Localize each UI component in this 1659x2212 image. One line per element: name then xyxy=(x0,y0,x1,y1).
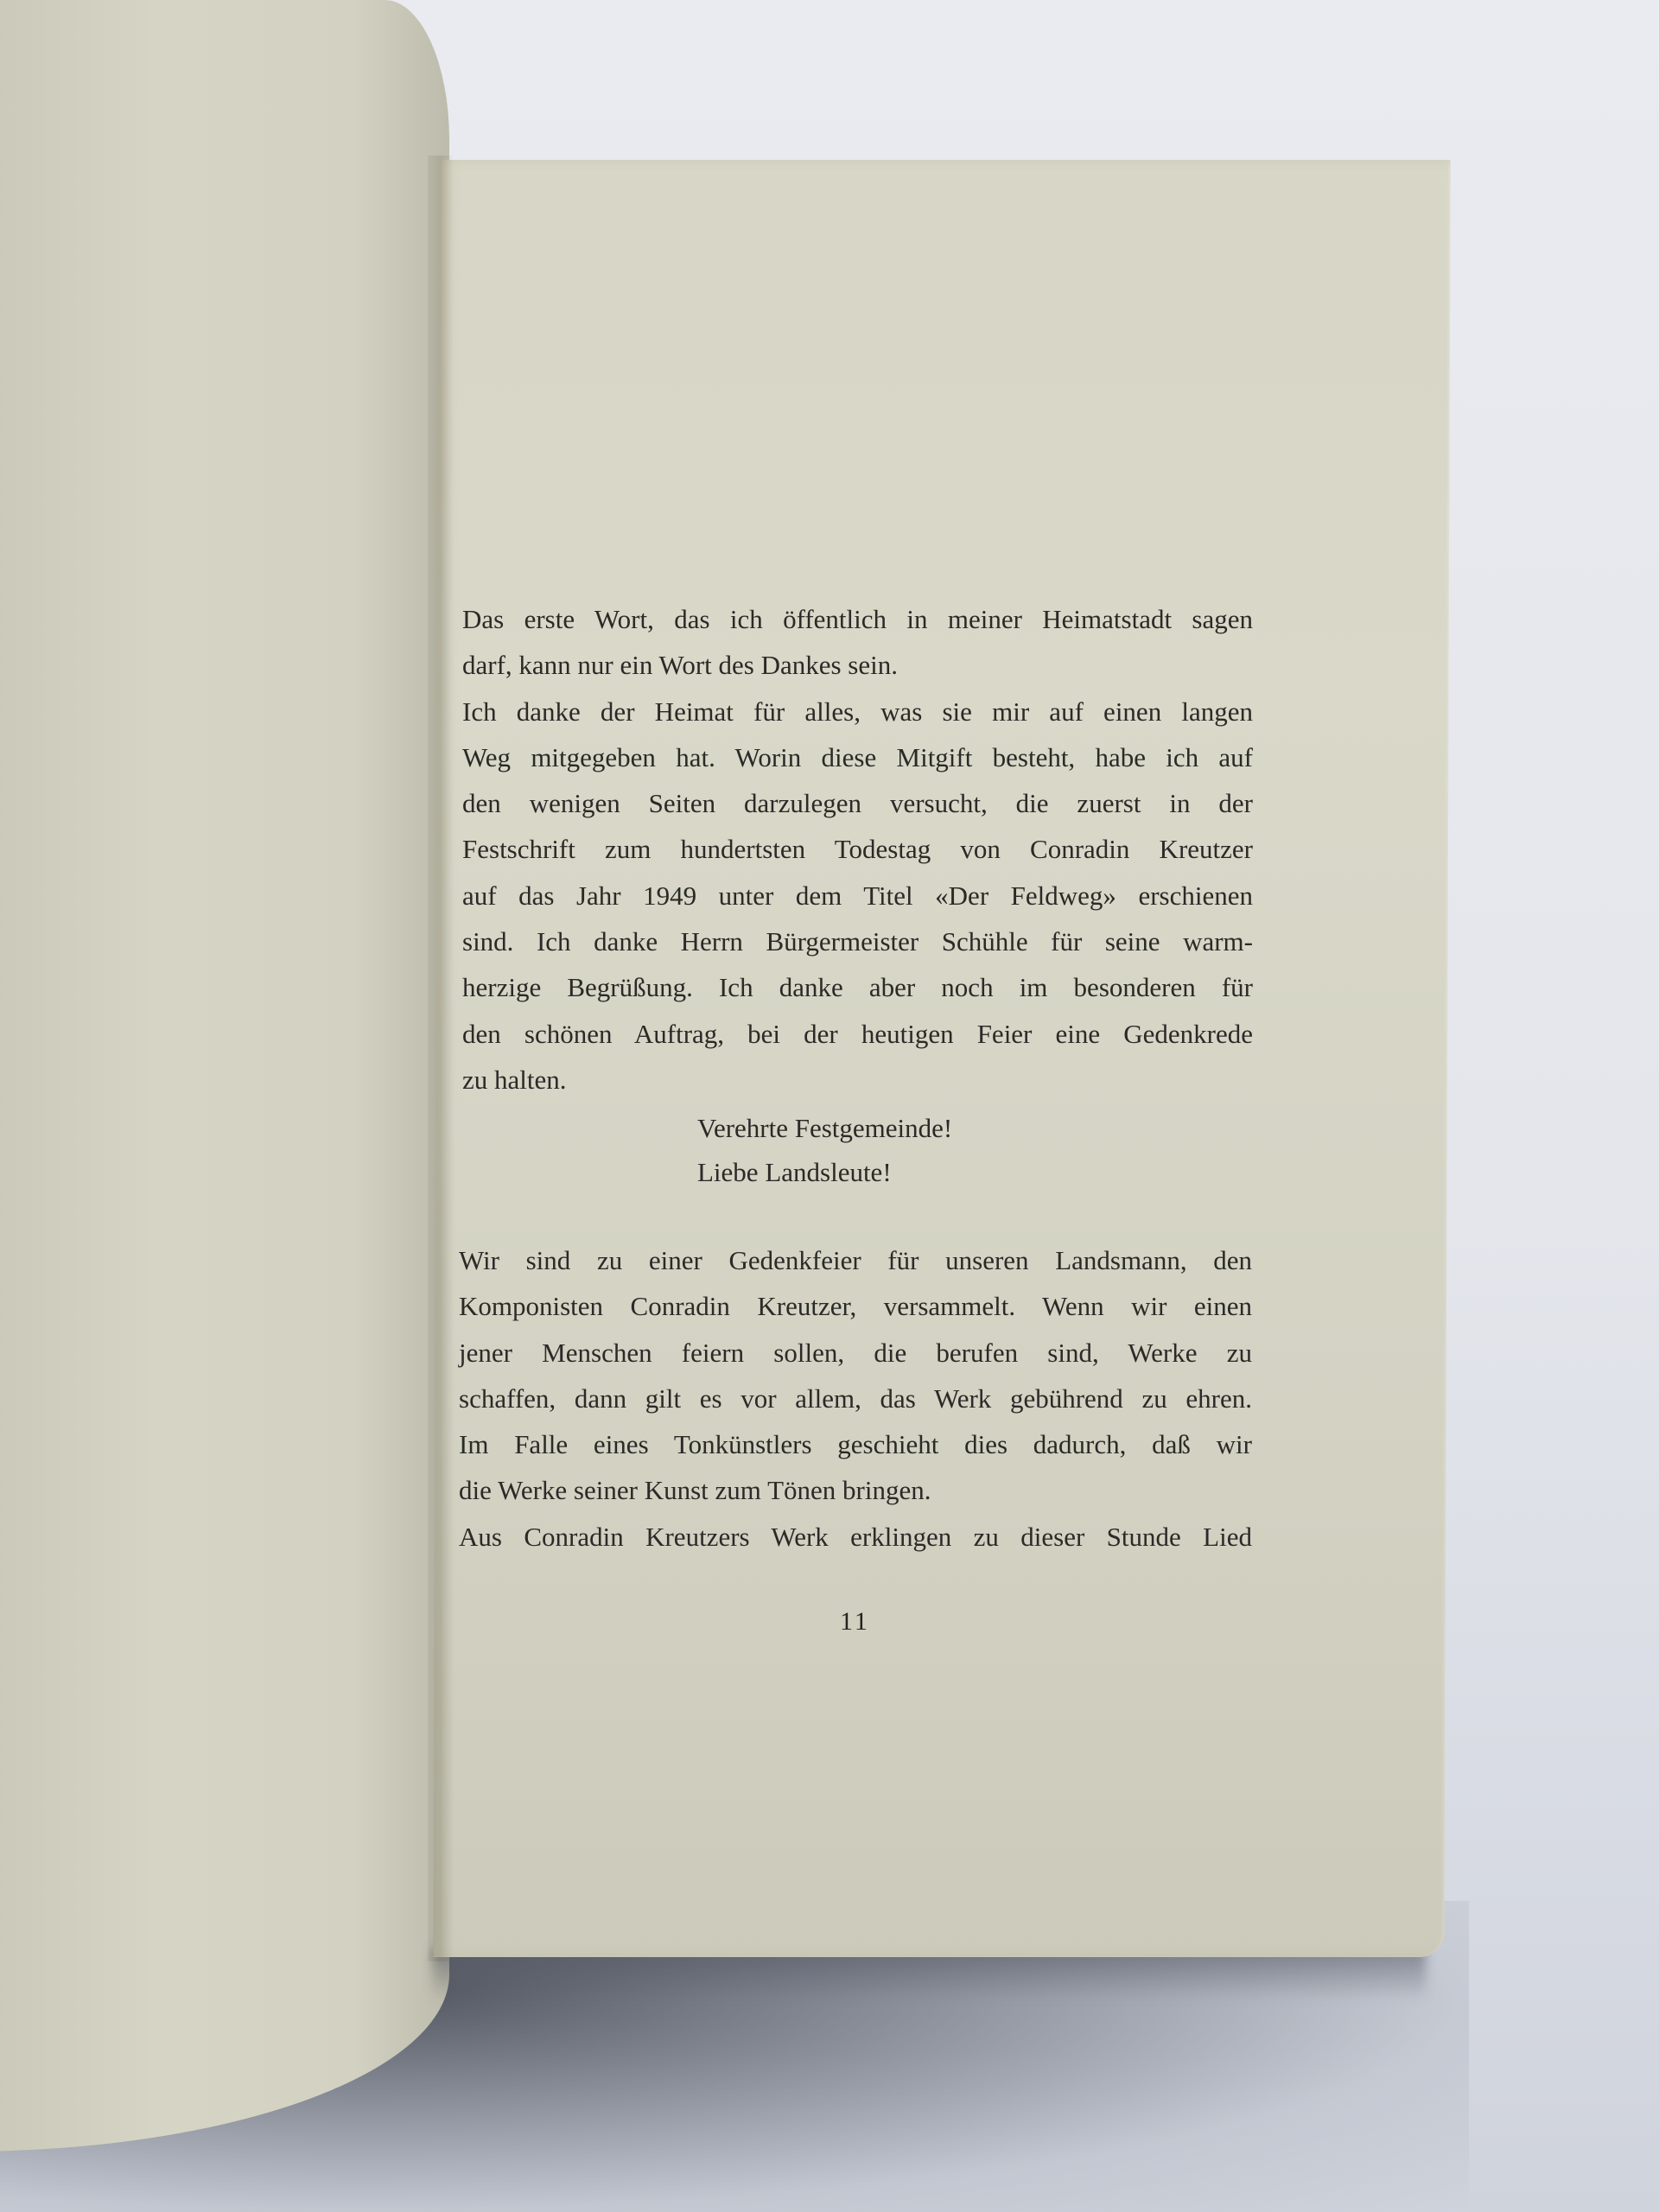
text-line: zu halten. xyxy=(462,1057,1253,1103)
text-line: die Werke seiner Kunst zum Tönen bringen… xyxy=(459,1467,1252,1513)
paragraph-opening: Das erste Wort, das ich öffentlich in me… xyxy=(462,596,1253,689)
paragraph-continuation: Aus Conradin Kreutzers Werk erklingen zu… xyxy=(459,1514,1252,1560)
page-number: 11 xyxy=(840,1607,870,1637)
paragraph-thanks: Ich danke der Heimat für alles, was sie … xyxy=(462,689,1253,1103)
text-line: Im Falle eines Tonkünstlers geschieht di… xyxy=(459,1421,1252,1467)
text-line: sind. Ich danke Herrn Bürgermeister Schü… xyxy=(462,918,1253,964)
text-line: schaffen, dann gilt es vor allem, das We… xyxy=(459,1376,1252,1421)
text-line: auf das Jahr 1949 unter dem Titel «Der F… xyxy=(462,873,1253,918)
salutation-line: Verehrte Festgemeinde! xyxy=(697,1106,952,1150)
paragraph-gathering: Wir sind zu einer Gedenkfeier für unsere… xyxy=(459,1237,1252,1514)
text-line: darf, kann nur ein Wort des Dankes sein. xyxy=(462,642,1253,688)
text-line: den schönen Auftrag, bei der heutigen Fe… xyxy=(462,1011,1253,1057)
text-line: Festschrift zum hundertsten Todestag von… xyxy=(462,826,1253,872)
text-line: Komponisten Conradin Kreutzer, versammel… xyxy=(459,1283,1252,1329)
body-text-top: Das erste Wort, das ich öffentlich in me… xyxy=(462,596,1253,1103)
salutation: Verehrte Festgemeinde! Liebe Landsleute! xyxy=(697,1106,952,1194)
text-line: jener Menschen feiern sollen, die berufe… xyxy=(459,1330,1252,1376)
text-line: Wir sind zu einer Gedenkfeier für unsere… xyxy=(459,1237,1252,1283)
text-line: herzige Begrüßung. Ich danke aber noch i… xyxy=(462,964,1253,1010)
salutation-line: Liebe Landsleute! xyxy=(697,1150,952,1194)
body-text-bottom: Wir sind zu einer Gedenkfeier für unsere… xyxy=(459,1237,1252,1560)
book-gutter xyxy=(428,156,454,1961)
text-line: Ich danke der Heimat für alles, was sie … xyxy=(462,689,1253,734)
text-line: Weg mitgegeben hat. Worin diese Mitgift … xyxy=(462,734,1253,780)
text-line: den wenigen Seiten darzulegen versucht, … xyxy=(462,780,1253,826)
text-line: Aus Conradin Kreutzers Werk erklingen zu… xyxy=(459,1514,1252,1560)
left-page-curled xyxy=(0,0,449,2152)
text-line: Das erste Wort, das ich öffentlich in me… xyxy=(462,596,1253,642)
